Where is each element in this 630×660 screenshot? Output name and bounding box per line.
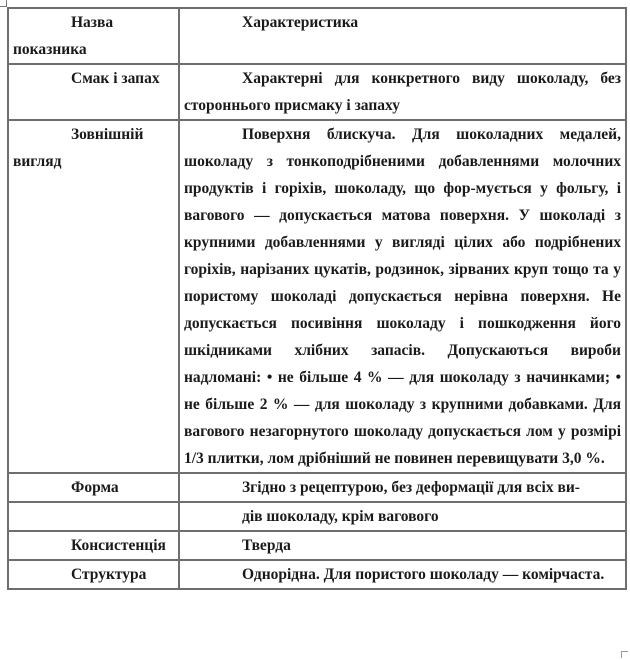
row-value-structure: Однорідна. Для пористого шоколаду — комі… xyxy=(179,560,626,589)
table-row-continuation: дів шоколаду, крім вагового xyxy=(8,502,626,531)
chocolate-quality-table: Назва показника Характеристика Смак і за… xyxy=(7,7,627,590)
page-corner-mark-bottom xyxy=(621,651,628,658)
row-name-line1: Зовнішній xyxy=(13,121,174,148)
header-characteristic: Характеристика xyxy=(179,8,626,64)
row-value-line2: дів шоколаду, крім вагового xyxy=(184,503,621,530)
table-row: Консистенція Тверда xyxy=(8,531,626,560)
row-name-text: Смак і запах xyxy=(13,65,174,92)
row-name-text: Форма xyxy=(13,474,174,501)
row-name-form: Форма xyxy=(8,473,179,502)
header-indicator-name: Назва показника xyxy=(8,8,179,64)
row-value-taste: Характерні для конкретного виду шоколаду… xyxy=(179,64,626,120)
row-value-consistency: Тверда xyxy=(179,531,626,560)
row-name-consistency: Консистенція xyxy=(8,531,179,560)
page-corner-mark xyxy=(0,0,7,7)
row-value-text: Однорідна. Для пористого шоколаду — комі… xyxy=(184,561,621,588)
header-col1-line1: Назва xyxy=(13,9,174,36)
row-value-text: Характерні для конкретного виду шоколаду… xyxy=(184,65,621,119)
row-name-taste: Смак і запах xyxy=(8,64,179,120)
row-name-structure: Структура xyxy=(8,560,179,589)
row-name-text: Структура xyxy=(13,561,174,588)
header-col2-text: Характеристика xyxy=(184,9,621,36)
row-value-text: Тверда xyxy=(184,532,621,559)
table-header-row: Назва показника Характеристика xyxy=(8,8,626,64)
row-value-appearance: Поверхня блискуча. Для шоколадних медале… xyxy=(179,120,626,473)
row-value-form-line2: дів шоколаду, крім вагового xyxy=(179,502,626,531)
table-row: Структура Однорідна. Для пористого шокол… xyxy=(8,560,626,589)
table-row: Зовнішній вигляд Поверхня блискуча. Для … xyxy=(8,120,626,473)
table-row: Смак і запах Характерні для конкретного … xyxy=(8,64,626,120)
row-value-form-line1: Згідно з рецептурою, без деформації для … xyxy=(179,473,626,502)
table-row: Форма Згідно з рецептурою, без деформаці… xyxy=(8,473,626,502)
row-name-line2: вигляд xyxy=(13,148,174,175)
row-name-text: Консистенція xyxy=(13,532,174,559)
row-name-form-cont xyxy=(8,502,179,531)
row-value-line1: Згідно з рецептурою, без деформації для … xyxy=(184,474,621,501)
row-value-text: Поверхня блискуча. Для шоколадних медале… xyxy=(184,121,621,472)
row-name-appearance: Зовнішній вигляд xyxy=(8,120,179,473)
header-col1-line2: показника xyxy=(13,36,174,63)
